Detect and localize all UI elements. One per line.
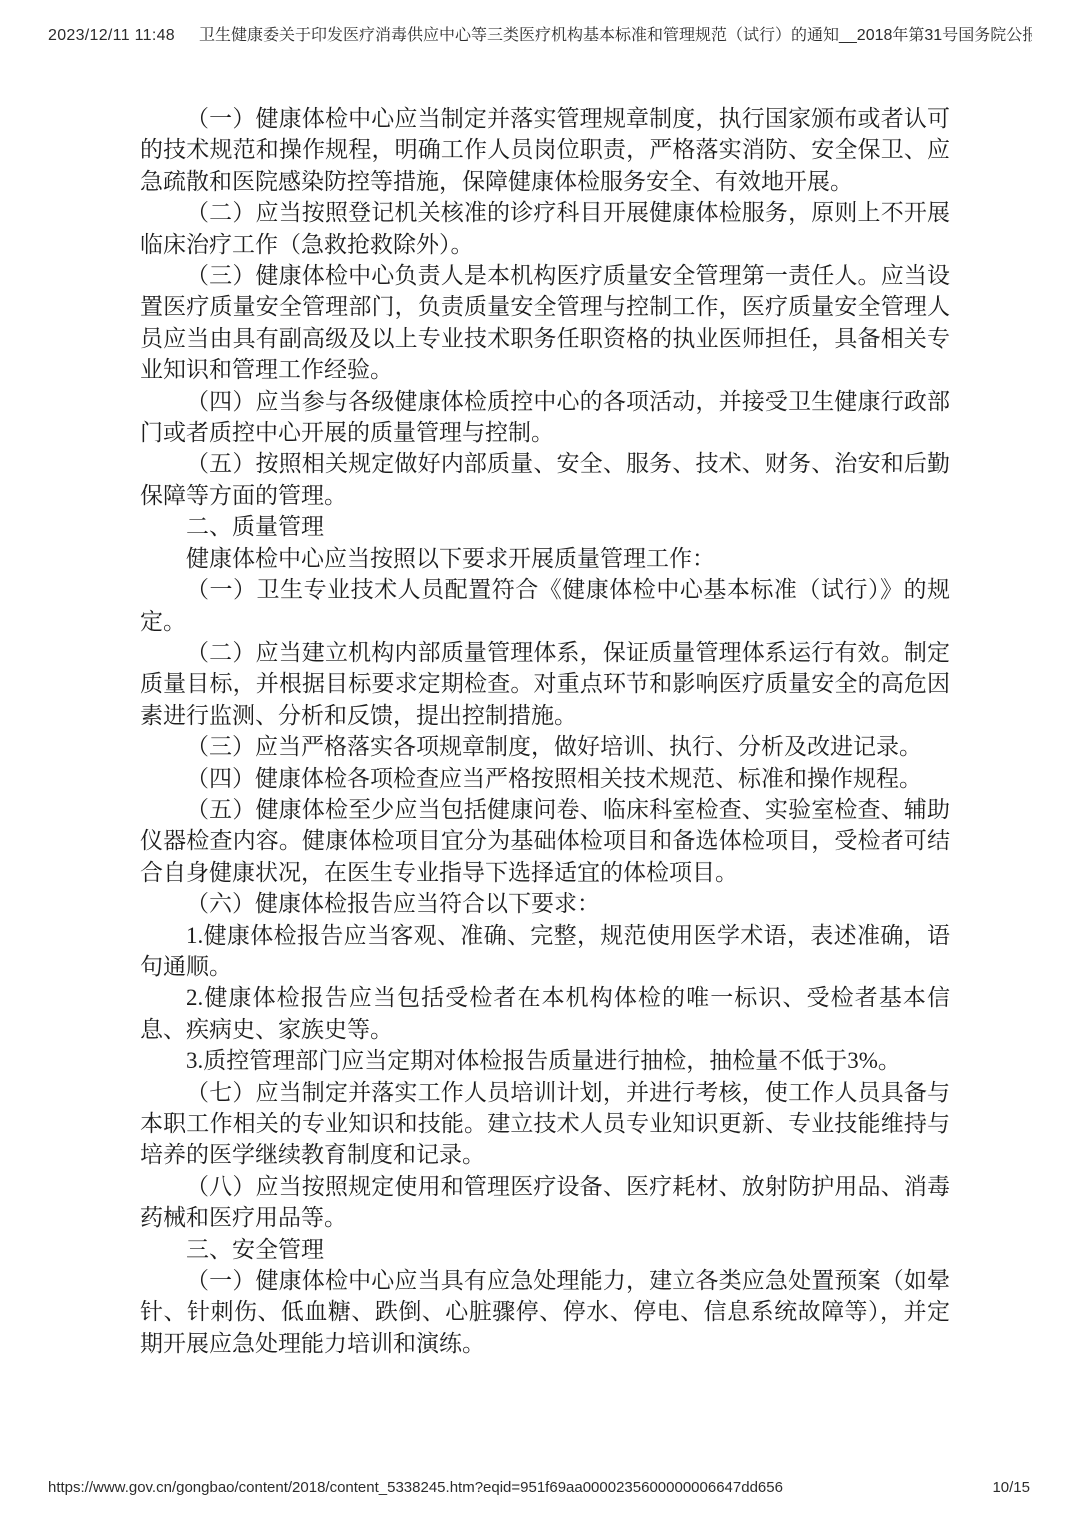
print-datetime: 2023/12/11 11:48 <box>48 26 175 46</box>
source-url: https://www.gov.cn/gongbao/content/2018/… <box>48 1478 783 1497</box>
paragraph: （五）按照相关规定做好内部质量、安全、服务、技术、财务、治安和后勤保障等方面的管… <box>140 448 950 511</box>
paragraph: （一）卫生专业技术人员配置符合《健康体检中心基本标准（试行）》的规定。 <box>140 574 950 637</box>
paragraph: 3.质控管理部门应当定期对体检报告质量进行抽检，抽检量不低于3%。 <box>140 1045 950 1076</box>
paragraph: （一）健康体检中心应当具有应急处理能力，建立各类应急处置预案（如晕针、针刺伤、低… <box>140 1265 950 1359</box>
print-header: 2023/12/11 11:48 卫生健康委关于印发医疗消毒供应中心等三类医疗机… <box>48 26 1032 46</box>
paragraph: （二）应当建立机构内部质量管理体系，保证质量管理体系运行有效。制定质量目标，并根… <box>140 637 950 731</box>
paragraph: 健康体检中心应当按照以下要求开展质量管理工作： <box>140 543 950 574</box>
paragraph: 2.健康体检报告应当包括受检者在本机构体检的唯一标识、受检者基本信息、疾病史、家… <box>140 982 950 1045</box>
paragraph: （四）应当参与各级健康体检质控中心的各项活动，并接受卫生健康行政部门或者质控中心… <box>140 386 950 449</box>
document-title: 卫生健康委关于印发医疗消毒供应中心等三类医疗机构基本标准和管理规范（试行）的通知… <box>175 26 1032 46</box>
page-number: 10/15 <box>972 1478 1030 1497</box>
paragraph: （三）健康体检中心负责人是本机构医疗质量安全管理第一责任人。应当设置医疗质量安全… <box>140 260 950 386</box>
paragraph: （一）健康体检中心应当制定并落实管理规章制度，执行国家颁布或者认可的技术规范和操… <box>140 103 950 197</box>
paragraph: （七）应当制定并落实工作人员培训计划，并进行考核，使工作人员具备与本职工作相关的… <box>140 1077 950 1171</box>
paragraph: 1.健康体检报告应当客观、准确、完整，规范使用医学术语，表述准确，语句通顺。 <box>140 920 950 983</box>
print-footer: https://www.gov.cn/gongbao/content/2018/… <box>48 1478 1030 1497</box>
paragraph: （八）应当按照规定使用和管理医疗设备、医疗耗材、放射防护用品、消毒药械和医疗用品… <box>140 1171 950 1234</box>
paragraph: （五）健康体检至少应当包括健康问卷、临床科室检查、实验室检查、辅助仪器检查内容。… <box>140 794 950 888</box>
paragraph: （三）应当严格落实各项规章制度，做好培训、执行、分析及改进记录。 <box>140 731 950 762</box>
paragraph: （六）健康体检报告应当符合以下要求： <box>140 888 950 919</box>
paragraph: （四）健康体检各项检查应当严格按照相关技术规范、标准和操作规程。 <box>140 763 950 794</box>
section-heading: 三、安全管理 <box>140 1234 950 1265</box>
print-preview-page: 2023/12/11 11:48 卫生健康委关于印发医疗消毒供应中心等三类医疗机… <box>0 0 1080 1526</box>
paragraph: （二）应当按照登记机关核准的诊疗科目开展健康体检服务，原则上不开展临床治疗工作（… <box>140 197 950 260</box>
document-body: （一）健康体检中心应当制定并落实管理规章制度，执行国家颁布或者认可的技术规范和操… <box>140 103 950 1359</box>
section-heading: 二、质量管理 <box>140 511 950 542</box>
